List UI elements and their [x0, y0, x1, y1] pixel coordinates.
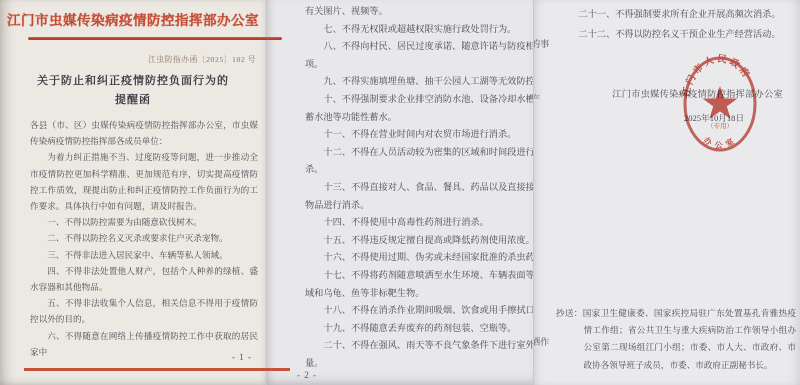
list-item: 十六、不得使用过期、伪劣或未经国家批准的杀虫药剂。	[305, 249, 534, 267]
official-seal: 江门市人民政府 （专用） 办公室	[680, 53, 760, 155]
edge-fragment: 。	[533, 301, 540, 315]
list-item: 五、不得非法收集个人信息，相关信息不得用于疫情防控以外的目的。	[30, 295, 258, 327]
list-item: 十一、不得在营业时间内对农贸市场进行消杀。	[305, 126, 534, 144]
document-number: 江虫防指办函〔2025〕102 号	[148, 54, 256, 65]
letterhead-title: 江门市虫媒传染病疫情防控指挥部办公室	[0, 9, 266, 29]
svg-text:江门市人民政府: 江门市人民政府	[680, 53, 753, 99]
intro-paragraph: 为着力纠正措施不当、过度防疫等问题，进一步推动全市疫情防控更加科学精准、更加规范…	[30, 149, 258, 214]
list-item: 三、不得非法进入居民家中、车辆等私人领域。	[30, 247, 258, 263]
page1-body: 各县（市、区）虫媒传染病疫情防控指挥部办公室，市虫媒传染病疫情防控指挥部各成员单…	[30, 117, 258, 360]
document-title-line1: 关于防止和纠正疫情防控负面行为的	[0, 72, 266, 88]
letterhead-rule	[28, 37, 282, 40]
list-item: 十三、不得直接对人、食品、餐具、药品以及直接接触人体的物品进行消杀。	[305, 179, 534, 214]
edge-fragment: 的事	[533, 36, 549, 50]
list-item: 六、不得随意在网络上传播疫情防控工作中获取的居民家中	[30, 328, 258, 360]
list-item: 二十、不得在强风、雨天等不良气象条件下进行室外喷洒作业量。	[305, 337, 534, 372]
list-item: 十九、不得随意丢弃废弃的药剂包装、空瓶等。	[305, 320, 534, 338]
list-item: 十五、不得违反规定擅自提高或降低药剂使用浓度。	[305, 232, 534, 250]
edge-fragment: 洒作	[533, 334, 549, 348]
list-item: 十八、不得在消杀作业期间吸烟、饮食或用手擦拭口鼻眼睛。	[305, 302, 534, 320]
edge-fragment: 产	[533, 91, 540, 105]
list-item: 二、不得以防控名义灭杀或要求住户灭杀宠物。	[30, 230, 258, 246]
page2-body: 有关图片、视频等。 七、不得无权限或超越权限实施行政处罚行为。 八、不得向村民、…	[305, 3, 534, 372]
cc-block: 抄送：国家卫生健康委、国家疾控局驻广东处置基孔肯雅热疫情工作组；省公共卫生与重大…	[556, 305, 796, 374]
list-item: 八、不得向村民、居民过度承诺、随意许诺与防疫相关的事项。	[305, 38, 534, 73]
list-item: 九、不得实施填埋鱼塘、抽干公园人工湖等无效防控措施。	[305, 73, 534, 91]
list-item: 十二、不得在人员活动较为密集的区域和时间段进行无预警消杀。	[305, 144, 534, 179]
list-item: 十四、不得使用中高毒性药剂进行消杀。	[305, 214, 534, 232]
page1-footer-rule	[24, 368, 290, 371]
list-item: 十七、不得将药剂随意喷洒至水生环境、车辆表面等非标靶区域和乌龟、鱼等非标靶生物。	[305, 267, 534, 302]
salutation: 各县（市、区）虫媒传染病疫情防控指挥部办公室，市虫媒传染病疫情防控指挥部各成员单…	[30, 117, 258, 149]
document-composite: 江门市虫媒传染病疫情防控指挥部办公室 江虫防指办函〔2025〕102 号 关于防…	[0, 0, 800, 385]
document-title-line2: 提醒函	[0, 91, 266, 107]
page-2: 有关图片、视频等。 七、不得无权限或超越权限实施行政处罚行为。 八、不得向村民、…	[266, 0, 534, 385]
page-3: 二十一、不得强制要求所有企业开展高频次消杀。 二十二、不得以防控名义干预企业生产…	[533, 0, 800, 385]
page-number-2: - 2 -	[297, 370, 317, 380]
carryover-line: 有关图片、视频等。	[305, 3, 534, 21]
page-number-1: - 1 -	[232, 352, 252, 362]
page3-body: 二十一、不得强制要求所有企业开展高频次消杀。 二十二、不得以防控名义干预企业生产…	[560, 5, 794, 44]
seal-arc-text: 江门市人民政府	[680, 53, 753, 99]
cc-text: 抄送：国家卫生健康委、国家疾控局驻广东处置基孔肯雅热疫情工作组；省公共卫生与重大…	[556, 305, 796, 374]
list-item: 四、不得非法处置他人财产，包括个人种养的绿植、盛水容器和其他物品。	[30, 263, 258, 295]
seal-star-icon	[703, 86, 738, 119]
list-item: 七、不得无权限或超越权限实施行政处罚行为。	[305, 21, 534, 39]
list-item: 一、不得以防控需要为由随意砍伐树木。	[30, 214, 258, 230]
list-item: 二十一、不得强制要求所有企业开展高频次消杀。	[560, 5, 794, 25]
list-item: 二十二、不得以防控名义干预企业生产经营活动。	[560, 25, 794, 45]
seal-inner-text: （专用）	[707, 121, 733, 130]
edge-fragment: 。	[533, 74, 540, 88]
list-item: 十、不得强制要求企业排空消防水池、设备冷却水槽、生产用蓄水池等功能性蓄水。	[305, 91, 534, 126]
page-1: 江门市虫媒传染病疫情防控指挥部办公室 江虫防指办函〔2025〕102 号 关于防…	[0, 0, 266, 385]
